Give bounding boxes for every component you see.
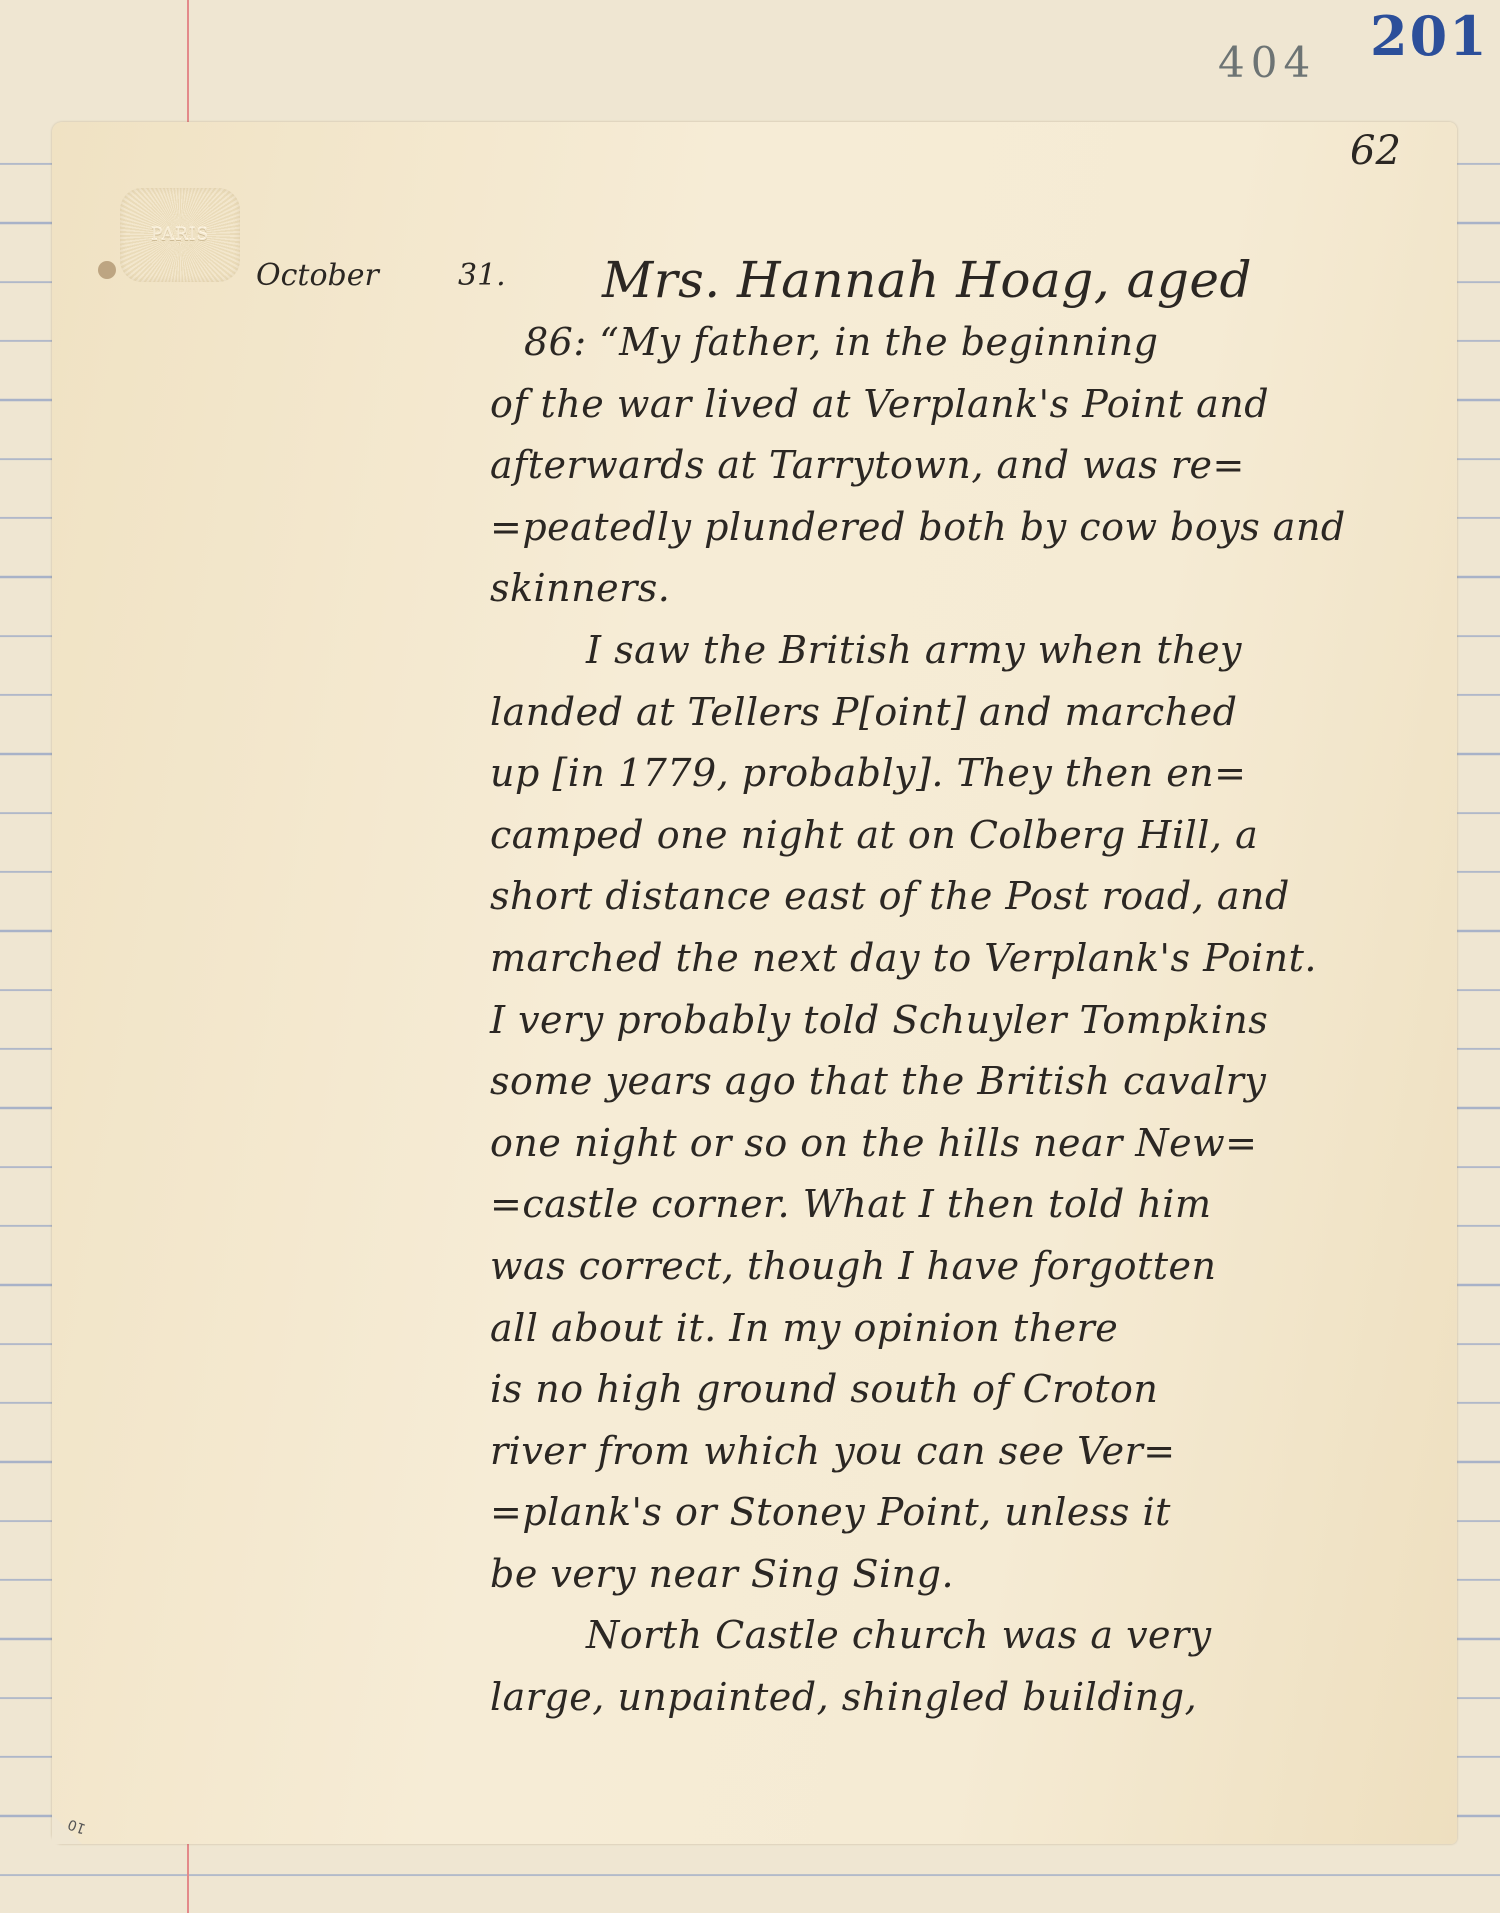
- red-margin-line-top: [187, 0, 189, 132]
- text-line: I saw the British army when they: [490, 620, 1450, 682]
- text-line: short distance east of the Post road, an…: [490, 866, 1450, 928]
- red-margin-line-bottom: [187, 1842, 189, 1913]
- manuscript-text: Mrs. Hannah Hoag, aged 86: “My father, i…: [490, 248, 1450, 1729]
- date-month: October: [256, 258, 379, 293]
- text-line: river from which you can see Ver=: [490, 1421, 1450, 1483]
- text-line: landed at Tellers P[oint] and marched: [490, 682, 1450, 744]
- text-line: was correct, though I have forgotten: [490, 1236, 1450, 1298]
- text-line: =plank's or Stoney Point, unless it: [490, 1482, 1450, 1544]
- folio-stamp-grey: 404: [1218, 38, 1316, 87]
- text-line: is no high ground south of Croton: [490, 1359, 1450, 1421]
- text-line: be very near Sing Sing.: [490, 1544, 1450, 1606]
- text-line: of the war lived at Verplank's Point and: [490, 374, 1450, 436]
- text-line: marched the next day to Verplank's Point…: [490, 928, 1450, 990]
- text-line: one night or so on the hills near New=: [490, 1113, 1450, 1175]
- text-line: all about it. In my opinion there: [490, 1298, 1450, 1360]
- text-line: large, unpainted, shingled building,: [490, 1667, 1450, 1729]
- text-line: I very probably told Schuyler Tompkins: [490, 990, 1450, 1052]
- folio-stamp-blue: 201: [1370, 4, 1489, 68]
- paris-emboss-seal-icon: PARIS: [120, 188, 240, 282]
- text-line: =castle corner. What I then told him: [490, 1174, 1450, 1236]
- text-line: up [in 1779, probably]. They then en=: [490, 743, 1450, 805]
- title-line: Mrs. Hannah Hoag, aged: [490, 248, 1450, 312]
- text-line: North Castle church was a very: [490, 1605, 1450, 1667]
- emboss-label: PARIS: [151, 225, 209, 245]
- page-number: 62: [1350, 128, 1401, 174]
- text-line: camped one night at on Colberg Hill, a: [490, 805, 1450, 867]
- text-line: afterwards at Tarrytown, and was re=: [490, 435, 1450, 497]
- text-line: =peatedly plundered both by cow boys and: [490, 497, 1450, 559]
- text-line: 86: “My father, in the beginning: [490, 312, 1450, 374]
- ink-stain: [98, 261, 116, 279]
- text-line: skinners.: [490, 558, 1450, 620]
- text-line: some years ago that the British cavalry: [490, 1051, 1450, 1113]
